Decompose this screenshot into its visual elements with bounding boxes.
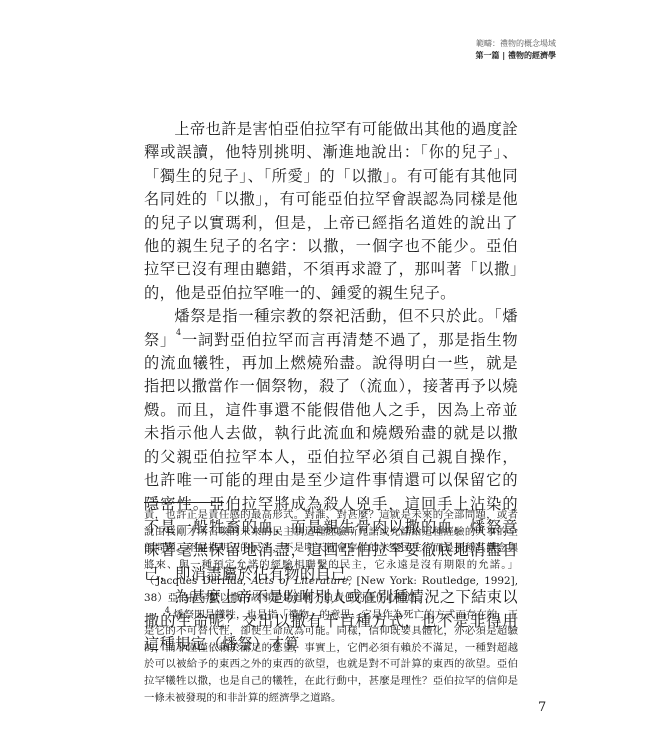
footnote-continued: 責，也許正是責任感的最高形式。對誰、對甚麼？這就是未來的全部問題，或者說由我剛才…	[144, 507, 518, 607]
running-header: 範疇：禮物的概念場域 第一篇 | 禮物的經濟學	[476, 38, 557, 62]
citation-title: Acts of Literature	[251, 575, 348, 587]
part-title: 第一篇 | 禮物的經濟學	[476, 50, 557, 62]
footnote-divider	[144, 502, 224, 503]
footnotes: 責，也許正是責任感的最高形式。對誰、對甚麼？這就是未來的全部問題，或者說由我剛才…	[144, 507, 518, 706]
page-number: 7	[538, 700, 546, 715]
footnote-4: 4 燔祭即是犧牲，也是指「禮物」的意思。它是作為死亡的方式而存在的，正是它的不可…	[144, 607, 518, 707]
paragraph: 上帝也許是害怕亞伯拉罕有可能做出其他的過度詮釋或誤讀，他特別挑明、漸進地說出：「…	[144, 118, 518, 305]
footnote-text: 燔祭即是犧牲，也是指「禮物」的意思。它是作為死亡的方式而存在的，正是它的不可替代…	[144, 609, 518, 704]
chapter-title: 範疇：禮物的概念場域	[476, 38, 557, 50]
